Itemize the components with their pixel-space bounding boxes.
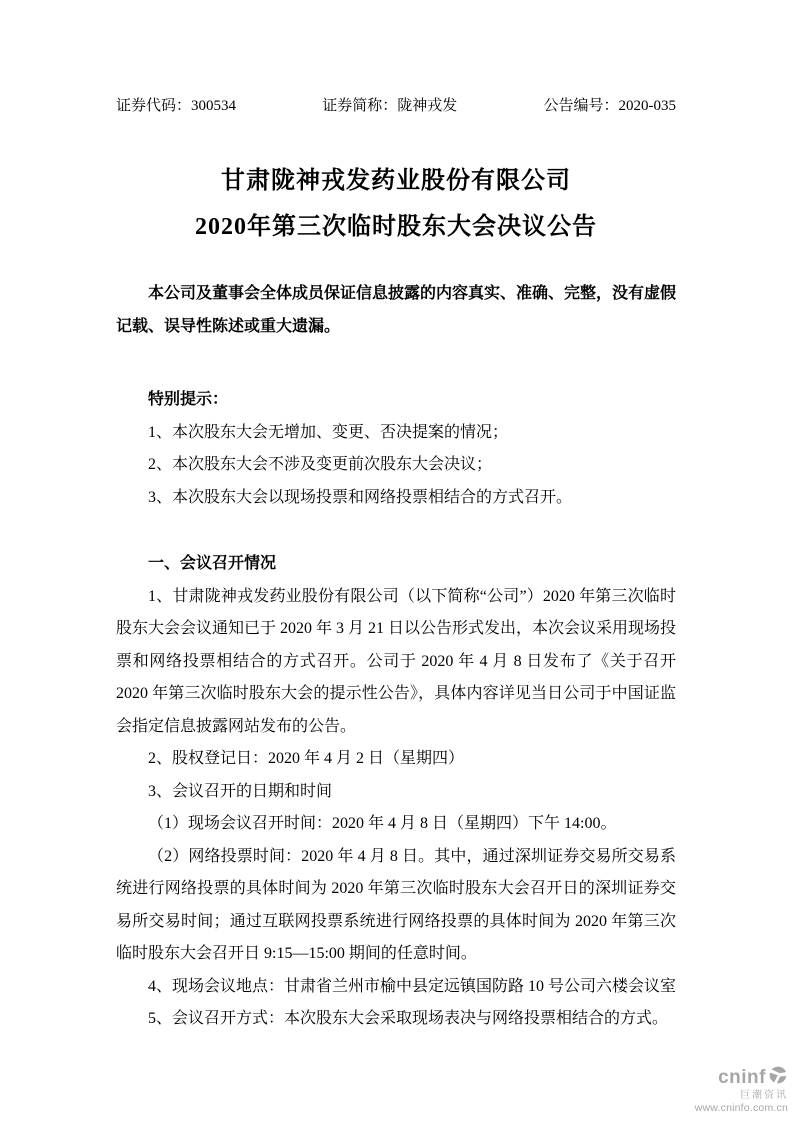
section-1-heading: 一、会议召开情况: [116, 548, 676, 581]
page-title: 甘肃陇神戎发药业股份有限公司 2020年第三次临时股东大会决议公告: [116, 158, 676, 250]
section-1-paragraph: （2）网络投票时间：2020 年 4 月 8 日。其中，通过深圳证券交易所交易系…: [116, 841, 676, 971]
disclaimer-statement: 本公司及董事会全体成员保证信息披露的内容真实、准确、完整，没有虚假记载、误导性陈…: [116, 278, 676, 343]
section-1-paragraph: 3、会议召开的日期和时间: [116, 776, 676, 809]
cninfo-logo-text: cninf: [718, 1067, 766, 1089]
special-notice-item: 2、本次股东大会不涉及变更前次股东大会决议；: [116, 449, 676, 482]
cninfo-watermark: cninf 巨潮资讯 www.cninfo.com.cn: [695, 1065, 788, 1114]
section-1-paragraph: （1）现场会议召开时间：2020 年 4 月 8 日（星期四）下午 14:00。: [116, 808, 676, 841]
stock-code-label: 证券代码：300534: [116, 96, 236, 116]
cninfo-chinese-name: 巨潮资讯: [695, 1090, 788, 1102]
meeting-resolution-title-line: 2020年第三次临时股东大会决议公告: [116, 204, 676, 250]
cninfo-logo: cninf: [695, 1065, 788, 1091]
document-content: 证券代码：300534 证券简称：陇神戎发 公告编号：2020-035 甘肃陇神…: [116, 0, 676, 1036]
section-1-paragraph: 1、甘肃陇神戎发药业股份有限公司（以下简称“公司”）2020 年第三次临时股东大…: [116, 581, 676, 744]
stock-name-label: 证券简称：陇神戎发: [322, 96, 457, 116]
announcement-number-label: 公告编号：2020-035: [544, 96, 677, 116]
company-name-title-line: 甘肃陇神戎发药业股份有限公司: [116, 158, 676, 204]
section-1-paragraph: 5、会议召开方式：本次股东大会采取现场表决与网络投票相结合的方式。: [116, 1003, 676, 1036]
announcement-document-page: 证券代码：300534 证券简称：陇神戎发 公告编号：2020-035 甘肃陇神…: [0, 0, 793, 1122]
section-1-paragraph: 2、股权登记日：2020 年 4 月 2 日（星期四）: [116, 743, 676, 776]
special-notice-item: 3、本次股东大会以现场投票和网络投票相结合的方式召开。: [116, 482, 676, 515]
document-header: 证券代码：300534 证券简称：陇神戎发 公告编号：2020-035: [116, 0, 676, 116]
cninfo-url: www.cninfo.com.cn: [695, 1102, 788, 1114]
cninfo-swirl-icon: [768, 1065, 788, 1091]
special-notice-heading: 特别提示：: [116, 384, 676, 417]
special-notice-item: 1、本次股东大会无增加、变更、否决提案的情况；: [116, 417, 676, 450]
section-1-paragraph: 4、现场会议地点：甘肃省兰州市榆中县定远镇国防路 10 号公司六楼会议室: [116, 971, 676, 1004]
